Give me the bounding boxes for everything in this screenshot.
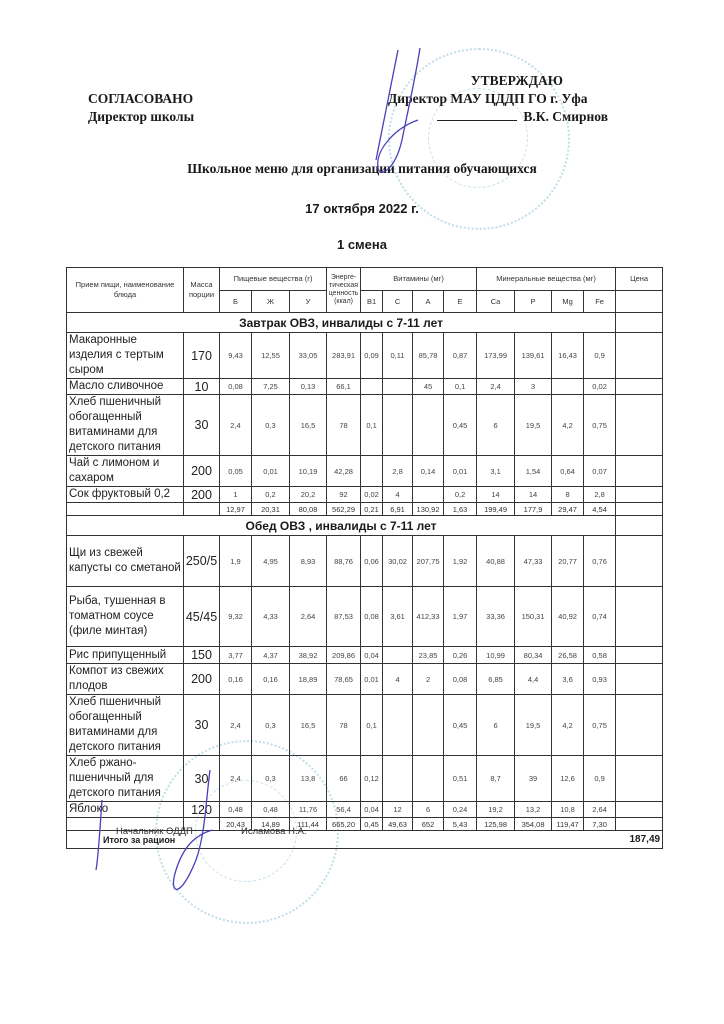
dish-value: 1,92 <box>444 536 477 587</box>
dish-value: 0,16 <box>220 664 252 695</box>
subheader-vitamin: В1 <box>361 291 383 313</box>
section-total-value: 130,92 <box>413 503 444 516</box>
dish-price <box>616 756 663 802</box>
subheader-vitamin: А <box>413 291 444 313</box>
dish-value: 4 <box>383 664 413 695</box>
section-total-value: 6,91 <box>383 503 413 516</box>
dish-value: 42,28 <box>327 456 361 487</box>
dish-value: 1 <box>220 487 252 503</box>
dish-value: 0,1 <box>361 395 383 456</box>
dish-value: 3,77 <box>220 647 252 664</box>
dish-value: 0,07 <box>584 456 616 487</box>
dish-value: 16,5 <box>290 695 327 756</box>
dish-name: Рис припущенный <box>67 647 184 664</box>
dish-value <box>413 487 444 503</box>
signature-blank <box>437 108 517 121</box>
dish-value: 0,02 <box>361 487 383 503</box>
signoff-position: Начальник ОДДП <box>116 826 241 837</box>
dish-value: 11,76 <box>290 802 327 818</box>
dish-row: Макаронные изделия с тертым сыром1709,43… <box>67 333 663 379</box>
approved-title: УТВЕРЖДАЮ <box>388 72 608 90</box>
dish-value <box>361 379 383 395</box>
dish-value: 85,78 <box>413 333 444 379</box>
dish-value: 2,4 <box>220 395 252 456</box>
dish-value <box>383 395 413 456</box>
dish-value: 19,5 <box>515 695 552 756</box>
dish-price <box>616 536 663 587</box>
dish-value <box>361 456 383 487</box>
dish-value: 207,75 <box>413 536 444 587</box>
dish-value: 14 <box>477 487 515 503</box>
dish-value: 2,4 <box>477 379 515 395</box>
header-nutrients: Пищевые вещества (г) <box>220 268 327 291</box>
dish-value <box>413 695 444 756</box>
dish-value: 23,85 <box>413 647 444 664</box>
dish-value: 0,75 <box>584 695 616 756</box>
dish-name: Хлеб пшеничный обогащенный витаминами дл… <box>67 395 184 456</box>
dish-value: 0,04 <box>361 802 383 818</box>
subheader-mineral: Mg <box>552 291 584 313</box>
section-total-value: 199,49 <box>477 503 515 516</box>
dish-value: 0,48 <box>220 802 252 818</box>
dish-price <box>616 379 663 395</box>
dish-value: 0,26 <box>444 647 477 664</box>
dish-mass: 10 <box>184 379 220 395</box>
dish-value: 12 <box>383 802 413 818</box>
dish-value: 0,08 <box>220 379 252 395</box>
dish-name: Компот из свежих плодов <box>67 664 184 695</box>
dish-value: 78,65 <box>327 664 361 695</box>
approved-block: УТВЕРЖДАЮ Директор МАУ ЦДДП ГО г. Уфа В.… <box>388 72 608 126</box>
dish-value: 0,3 <box>252 756 290 802</box>
section-total-value: 1,63 <box>444 503 477 516</box>
section-total-value: 7,30 <box>584 818 616 831</box>
grand-total-value: 187,49 <box>616 831 663 849</box>
section-total-value: 4,54 <box>584 503 616 516</box>
dish-name: Рыба, тушенная в томатном соусе (филе ми… <box>67 587 184 647</box>
dish-row: Хлеб ржано-пшеничный для детского питани… <box>67 756 663 802</box>
dish-value: 2,8 <box>383 456 413 487</box>
dish-value: 12,55 <box>252 333 290 379</box>
dish-value: 87,53 <box>327 587 361 647</box>
dish-value: 0,9 <box>584 756 616 802</box>
dish-price <box>616 695 663 756</box>
dish-value: 2,4 <box>220 756 252 802</box>
dish-value: 0,01 <box>444 456 477 487</box>
section-total-value: 177,9 <box>515 503 552 516</box>
section-total-value: 80,08 <box>290 503 327 516</box>
subheader-vitamin: Е <box>444 291 477 313</box>
dish-value: 0,11 <box>383 333 413 379</box>
section-totals-row: 12,9720,3180,08562,290,216,91130,921,631… <box>67 503 663 516</box>
dish-value: 9,43 <box>220 333 252 379</box>
dish-value: 66 <box>327 756 361 802</box>
dish-value <box>413 395 444 456</box>
section-total-value: 5,43 <box>444 818 477 831</box>
dish-value: 283,91 <box>327 333 361 379</box>
dish-value: 3,1 <box>477 456 515 487</box>
dish-value: 78 <box>327 695 361 756</box>
dish-value: 80,34 <box>515 647 552 664</box>
dish-mass: 200 <box>184 487 220 503</box>
dish-value: 10,99 <box>477 647 515 664</box>
agreed-title: СОГЛАСОВАНО <box>88 90 194 108</box>
dish-name: Чай с лимоном и сахаром <box>67 456 184 487</box>
dish-name: Яблоко <box>67 802 184 818</box>
dish-value: 4,95 <box>252 536 290 587</box>
dish-value: 0,75 <box>584 395 616 456</box>
dish-value: 12,6 <box>552 756 584 802</box>
dish-value: 13,2 <box>515 802 552 818</box>
section-header-row: Обед ОВЗ , инвалиды с 7-11 лет <box>67 516 663 536</box>
price-cell <box>616 516 663 536</box>
dish-value <box>383 695 413 756</box>
section-total-value: 29,47 <box>552 503 584 516</box>
section-total-value: 12,97 <box>220 503 252 516</box>
section-total-value: 665,20 <box>327 818 361 831</box>
subheader-price-empty <box>616 291 663 313</box>
dish-value: 47,33 <box>515 536 552 587</box>
dish-value <box>413 756 444 802</box>
dish-value: 6 <box>413 802 444 818</box>
section-total-value: 652 <box>413 818 444 831</box>
dish-value: 6,85 <box>477 664 515 695</box>
subheader-nutrient: Ж <box>252 291 290 313</box>
dish-row: Рыба, тушенная в томатном соусе (филе ми… <box>67 587 663 647</box>
dish-value: 38,92 <box>290 647 327 664</box>
dish-value: 2 <box>413 664 444 695</box>
subheader-mineral: P <box>515 291 552 313</box>
section-title: Завтрак ОВЗ, инвалиды с 7-11 лет <box>67 313 616 333</box>
dish-price <box>616 647 663 664</box>
dish-value: 1,97 <box>444 587 477 647</box>
dish-name: Хлеб пшеничный обогащенный витаминами дл… <box>67 695 184 756</box>
dish-value: 0,12 <box>361 756 383 802</box>
dish-value: 66,1 <box>327 379 361 395</box>
dish-value: 19,2 <box>477 802 515 818</box>
dish-price <box>616 456 663 487</box>
signoff-name: Исламова Н.А. <box>241 826 307 837</box>
totals-label-empty <box>67 503 184 516</box>
dish-value: 0,2 <box>444 487 477 503</box>
dish-value: 16,43 <box>552 333 584 379</box>
dish-price <box>616 395 663 456</box>
dish-name: Хлеб ржано-пшеничный для детского питани… <box>67 756 184 802</box>
dish-value: 0,2 <box>252 487 290 503</box>
dish-row: Рис припущенный1503,774,3738,92209,860,0… <box>67 647 663 664</box>
dish-value: 2,4 <box>220 695 252 756</box>
dish-row: Компот из свежих плодов2000,160,1618,897… <box>67 664 663 695</box>
dish-value: 0,64 <box>552 456 584 487</box>
dish-value: 0,3 <box>252 395 290 456</box>
dish-price <box>616 587 663 647</box>
dish-value: 2,8 <box>584 487 616 503</box>
document-shift: 1 смена <box>0 237 724 252</box>
subheader-mineral: Fe <box>584 291 616 313</box>
agreed-block: СОГЛАСОВАНО Директор школы <box>88 90 194 126</box>
section-total-value: 354,08 <box>515 818 552 831</box>
dish-value: 8 <box>552 487 584 503</box>
section-title: Обед ОВЗ , инвалиды с 7-11 лет <box>67 516 616 536</box>
menu-table: Прием пищи, наименование блюда Масса пор… <box>66 267 663 849</box>
section-total-value: 20,31 <box>252 503 290 516</box>
dish-value: 14 <box>515 487 552 503</box>
dish-value: 173,99 <box>477 333 515 379</box>
dish-value: 78 <box>327 395 361 456</box>
dish-value: 88,76 <box>327 536 361 587</box>
dish-row: Сок фруктовый 0,220010,220,2920,0240,214… <box>67 487 663 503</box>
dish-name: Сок фруктовый 0,2 <box>67 487 184 503</box>
dish-value: 7,25 <box>252 379 290 395</box>
dish-value: 3,61 <box>383 587 413 647</box>
dish-mass: 170 <box>184 333 220 379</box>
dish-value: 0,74 <box>584 587 616 647</box>
dish-value: 9,32 <box>220 587 252 647</box>
dish-value: 6 <box>477 695 515 756</box>
dish-value: 33,05 <box>290 333 327 379</box>
approved-signatory: В.К. Смирнов <box>523 109 608 124</box>
dish-value: 0,06 <box>361 536 383 587</box>
dish-row: Яблоко1200,480,4811,7656,40,041260,2419,… <box>67 802 663 818</box>
dish-value: 8,93 <box>290 536 327 587</box>
header-minerals: Минеральные вещества (мг) <box>477 268 616 291</box>
header-dish: Прием пищи, наименование блюда <box>67 268 184 313</box>
dish-mass: 30 <box>184 756 220 802</box>
dish-value: 150,31 <box>515 587 552 647</box>
dish-value: 0,01 <box>252 456 290 487</box>
dish-mass: 150 <box>184 647 220 664</box>
dish-row: Щи из свежей капусты со сметаной250/51,9… <box>67 536 663 587</box>
subheader-nutrient: Б <box>220 291 252 313</box>
section-total-value: 125,98 <box>477 818 515 831</box>
dish-value: 0,76 <box>584 536 616 587</box>
approved-position: Директор МАУ ЦДДП ГО г. Уфа <box>388 90 608 108</box>
dish-row: Чай с лимоном и сахаром2000,050,0110,194… <box>67 456 663 487</box>
totals-price-empty <box>616 503 663 516</box>
signoff: Начальник ОДДПИсламова Н.А. <box>116 826 307 837</box>
dish-value: 2,64 <box>290 587 327 647</box>
dish-value: 4 <box>383 487 413 503</box>
dish-mass: 45/45 <box>184 587 220 647</box>
dish-value: 92 <box>327 487 361 503</box>
dish-value: 0,05 <box>220 456 252 487</box>
dish-row: Хлеб пшеничный обогащенный витаминами дл… <box>67 395 663 456</box>
section-total-value: 119,47 <box>552 818 584 831</box>
dish-mass: 200 <box>184 456 220 487</box>
dish-mass: 30 <box>184 395 220 456</box>
dish-value: 4,33 <box>252 587 290 647</box>
dish-value <box>383 379 413 395</box>
header-vitamins: Витамины (мг) <box>361 268 477 291</box>
dish-value: 0,9 <box>584 333 616 379</box>
subheader-nutrient: У <box>290 291 327 313</box>
dish-value: 0,45 <box>444 395 477 456</box>
dish-value: 0,3 <box>252 695 290 756</box>
approved-signature-line: В.К. Смирнов <box>388 108 608 126</box>
dish-value: 40,88 <box>477 536 515 587</box>
section-total-value: 0,21 <box>361 503 383 516</box>
dish-value: 4,2 <box>552 695 584 756</box>
dish-value: 0,1 <box>444 379 477 395</box>
dish-value: 0,01 <box>361 664 383 695</box>
dish-value: 1,9 <box>220 536 252 587</box>
dish-value: 8,7 <box>477 756 515 802</box>
dish-value: 0,51 <box>444 756 477 802</box>
dish-value <box>552 379 584 395</box>
subheader-vitamin: С <box>383 291 413 313</box>
dish-value: 0,08 <box>444 664 477 695</box>
dish-value: 0,02 <box>584 379 616 395</box>
dish-value: 0,87 <box>444 333 477 379</box>
dish-value: 1,54 <box>515 456 552 487</box>
section-header-row: Завтрак ОВЗ, инвалиды с 7-11 лет <box>67 313 663 333</box>
dish-value: 33,36 <box>477 587 515 647</box>
dish-value: 20,2 <box>290 487 327 503</box>
dish-name: Макаронные изделия с тертым сыром <box>67 333 184 379</box>
dish-mass: 120 <box>184 802 220 818</box>
dish-value: 6 <box>477 395 515 456</box>
dish-value: 2,64 <box>584 802 616 818</box>
dish-value: 10,8 <box>552 802 584 818</box>
dish-value: 19,5 <box>515 395 552 456</box>
dish-mass: 200 <box>184 664 220 695</box>
dish-value: 0,16 <box>252 664 290 695</box>
section-total-value: 49,63 <box>383 818 413 831</box>
dish-value: 56,4 <box>327 802 361 818</box>
dish-value: 0,24 <box>444 802 477 818</box>
document-title: Школьное меню для организации питания об… <box>0 161 724 177</box>
dish-value: 0,58 <box>584 647 616 664</box>
dish-price <box>616 333 663 379</box>
dish-value: 40,92 <box>552 587 584 647</box>
dish-value: 4,2 <box>552 395 584 456</box>
dish-value: 30,02 <box>383 536 413 587</box>
header-price: Цена <box>616 268 663 291</box>
document-date: 17 октября 2022 г. <box>0 201 724 216</box>
dish-value: 4,37 <box>252 647 290 664</box>
agreed-position: Директор школы <box>88 108 194 126</box>
dish-value: 0,09 <box>361 333 383 379</box>
dish-row: Масло сливочное100,087,250,1366,1450,12,… <box>67 379 663 395</box>
dish-price <box>616 664 663 695</box>
section-total-value: 0,45 <box>361 818 383 831</box>
dish-value: 0,93 <box>584 664 616 695</box>
header-energy: Энерге-тическая ценность (ккал) <box>327 268 361 313</box>
subheader-mineral: Ca <box>477 291 515 313</box>
dish-price <box>616 802 663 818</box>
dish-mass: 30 <box>184 695 220 756</box>
dish-value: 13,8 <box>290 756 327 802</box>
section-total-value: 562,29 <box>327 503 361 516</box>
dish-value: 0,48 <box>252 802 290 818</box>
dish-value: 3 <box>515 379 552 395</box>
dish-row: Хлеб пшеничный обогащенный витаминами дл… <box>67 695 663 756</box>
dish-value: 39 <box>515 756 552 802</box>
dish-value: 18,89 <box>290 664 327 695</box>
dish-value: 20,77 <box>552 536 584 587</box>
dish-value: 209,86 <box>327 647 361 664</box>
dish-value: 26,58 <box>552 647 584 664</box>
dish-value: 4,4 <box>515 664 552 695</box>
dish-value: 0,04 <box>361 647 383 664</box>
dish-value <box>383 647 413 664</box>
dish-value: 3,6 <box>552 664 584 695</box>
totals-mass-empty <box>184 503 220 516</box>
header-mass: Масса порции <box>184 268 220 313</box>
price-cell <box>616 313 663 333</box>
dish-value: 16,5 <box>290 395 327 456</box>
dish-value: 0,14 <box>413 456 444 487</box>
dish-price <box>616 487 663 503</box>
dish-name: Масло сливочное <box>67 379 184 395</box>
dish-value: 0,08 <box>361 587 383 647</box>
dish-value: 139,61 <box>515 333 552 379</box>
dish-value: 0,1 <box>361 695 383 756</box>
grand-total-spacer <box>361 831 616 849</box>
dish-value: 412,33 <box>413 587 444 647</box>
dish-name: Щи из свежей капусты со сметаной <box>67 536 184 587</box>
dish-mass: 250/5 <box>184 536 220 587</box>
dish-value <box>383 756 413 802</box>
dish-value: 0,13 <box>290 379 327 395</box>
dish-value: 45 <box>413 379 444 395</box>
dish-value: 10,19 <box>290 456 327 487</box>
totals-price-empty <box>616 818 663 831</box>
dish-value: 0,45 <box>444 695 477 756</box>
